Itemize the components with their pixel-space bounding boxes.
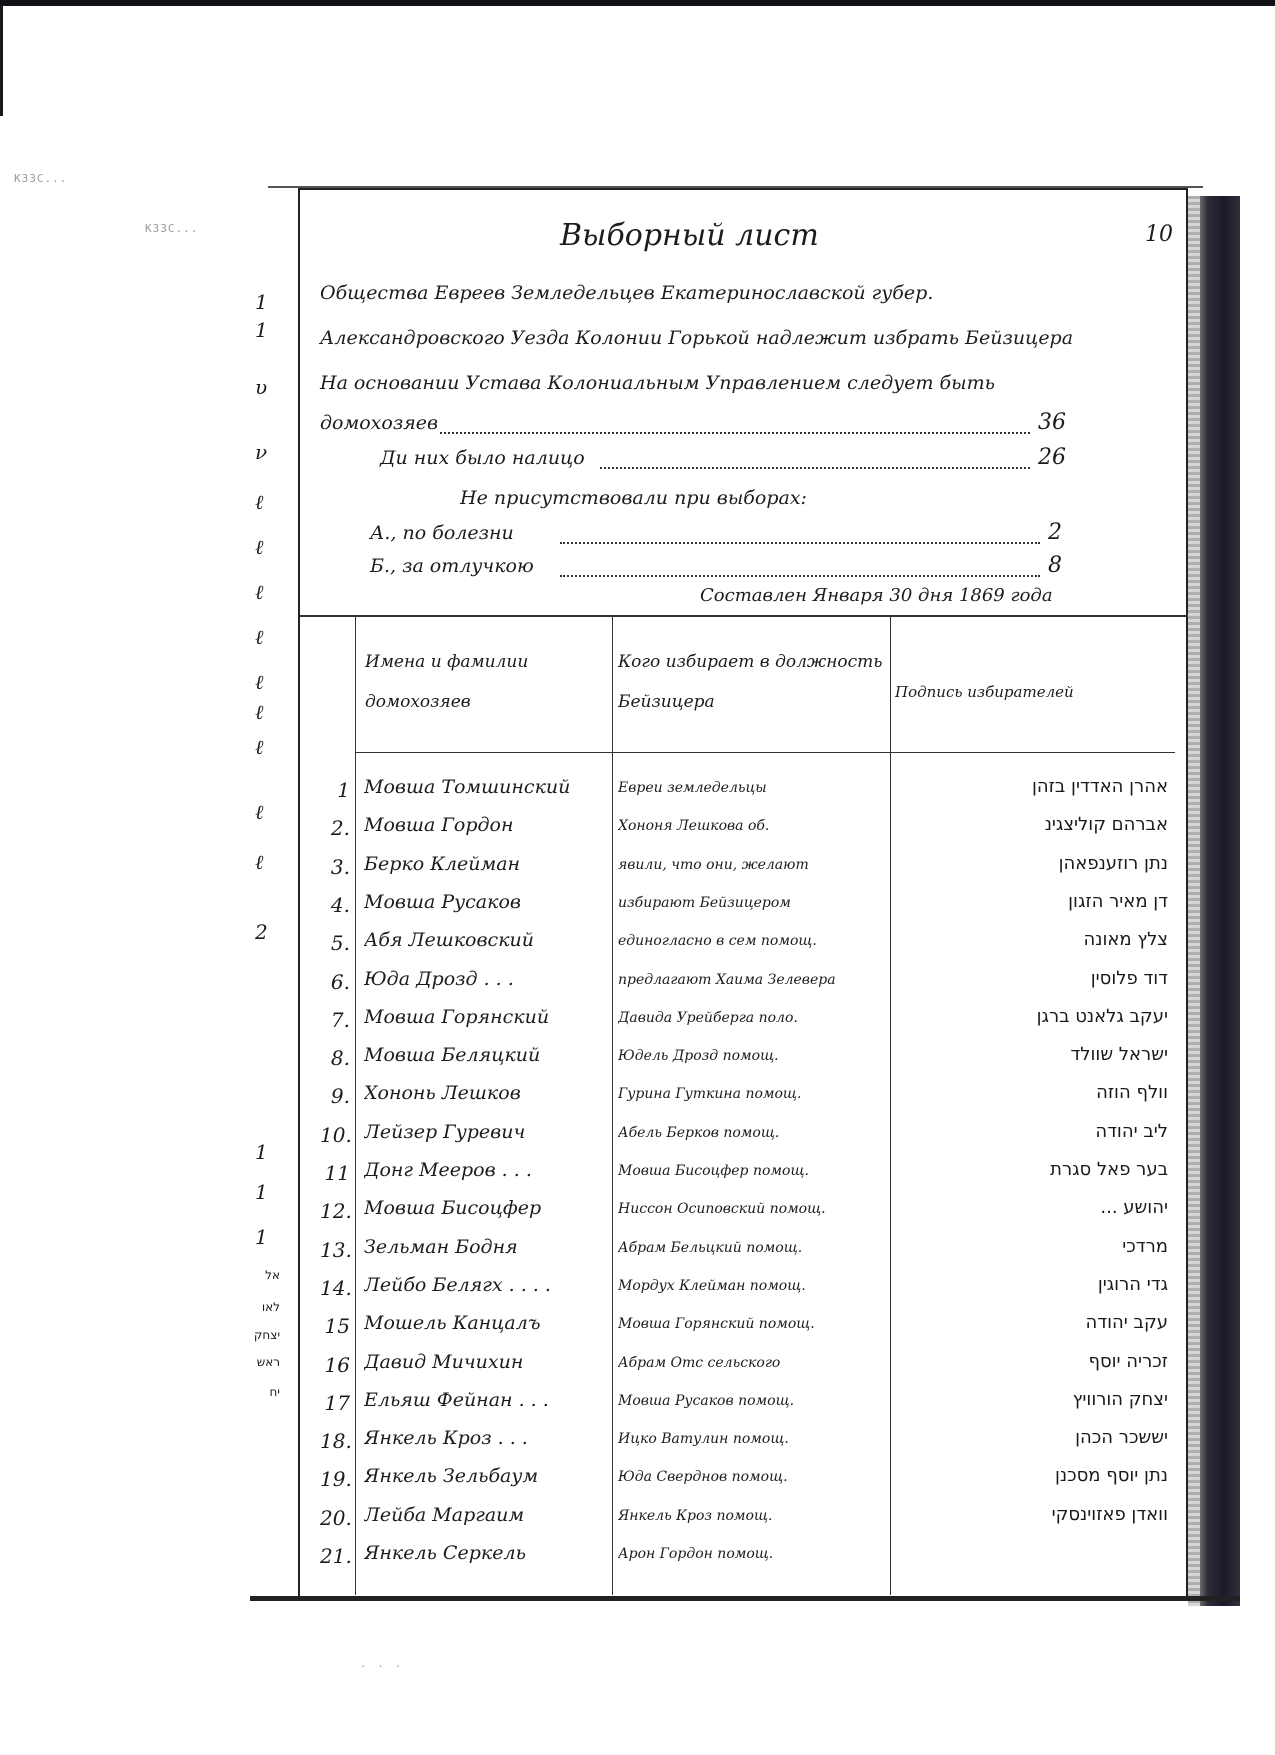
voter-signature: ישראל שוולד <box>898 1044 1168 1065</box>
table-header-rule <box>355 752 1175 753</box>
row-number: 20. <box>320 1506 350 1530</box>
elected-candidate: Мовша Бисоцфер помощ. <box>618 1163 898 1179</box>
voter-signature: אברהם קוליצגינ <box>898 814 1168 835</box>
voter-signature: יעקב גלאנט ברגן <box>898 1006 1168 1027</box>
table-row: 2.Мовша ГордонХононя Лешкова об.אברהם קו… <box>300 808 1190 848</box>
voter-signature: זכריה יוסף <box>898 1351 1168 1372</box>
table-row: 3.Берко Клейманявили, что они, желаютנתן… <box>300 847 1190 887</box>
elected-candidate: Евреи земледельцы <box>618 780 898 796</box>
table-row: 10.Лейзер ГуревичАбель Берков помощ.ליב … <box>300 1115 1190 1155</box>
table-row: 20.Лейба МаргаимЯнкель Кроз помощ.וואדן … <box>300 1498 1190 1538</box>
table-row: 15Мошель КанцалъМовша Горянский помощ.עק… <box>300 1306 1190 1346</box>
row-number: 5. <box>320 931 350 955</box>
row-number: 8. <box>320 1046 350 1070</box>
page-bottom-edge <box>250 1596 1240 1601</box>
table-row: 14.Лейбо Белягх . . . .Мордух Клейман по… <box>300 1268 1190 1308</box>
elected-candidate: Мордух Клейман помощ. <box>618 1278 898 1294</box>
voter-name: Юда Дрозд . . . <box>364 968 644 990</box>
margin-tally-mark: ℓ <box>255 490 285 515</box>
margin-tally-mark: ℓ <box>255 580 285 605</box>
margin-tally-mark: ν <box>255 440 285 464</box>
table-row: 18.Янкель Кроз . . .Ицко Ватулин помощ.י… <box>300 1421 1190 1461</box>
voter-name: Мошель Канцалъ <box>364 1312 644 1334</box>
margin-tally-mark: 1 <box>255 318 285 342</box>
voter-name: Лейбо Белягх . . . . <box>364 1274 644 1296</box>
voter-signature: ליב יהודה <box>898 1121 1168 1142</box>
scanner-mark: КЗЗС... <box>145 222 198 235</box>
elected-candidate: избирают Бейзицером <box>618 895 898 911</box>
voter-name: Ельяш Фейнан . . . <box>364 1389 644 1411</box>
table-row: 7.Мовша ГорянскийДавида Урейберга поло.י… <box>300 1000 1190 1040</box>
voter-name: Мовша Гордон <box>364 814 644 836</box>
voter-signature: דן מאיר הזגון <box>898 891 1168 912</box>
voter-signature: יששכר הכהן <box>898 1427 1168 1448</box>
row-number: 16 <box>320 1353 350 1377</box>
voter-signature: דוד פלוסין <box>898 968 1168 989</box>
elected-candidate: Мовша Русаков помощ. <box>618 1393 898 1409</box>
column-header-voter: Имена и фамилии домохозяев <box>365 642 605 722</box>
table-row: 6.Юда Дрозд . . .предлагают Хаима Зелеве… <box>300 962 1190 1002</box>
row-number: 6. <box>320 970 350 994</box>
table-row: 5.Абя Лешковскийединогласно в сем помощ.… <box>300 923 1190 963</box>
row-number: 19. <box>320 1467 350 1491</box>
dotted-leader <box>560 575 1040 577</box>
row-number: 11 <box>320 1161 350 1185</box>
absent-value: 2 <box>1048 520 1062 545</box>
voter-signature: וולף הוזה <box>898 1082 1168 1103</box>
count-value: 36 <box>1038 410 1066 435</box>
row-number: 1 <box>320 778 350 802</box>
elected-candidate: явили, что они, желают <box>618 857 898 873</box>
dotted-leader <box>440 432 1030 434</box>
voter-name: Лейба Маргаим <box>364 1504 644 1526</box>
book-binding <box>1200 196 1240 1606</box>
voter-name: Донг Мееров . . . <box>364 1159 644 1181</box>
elected-candidate: Абель Берков помощ. <box>618 1125 898 1141</box>
voter-signature: נתן רוזענפאהן <box>898 853 1168 874</box>
row-number: 15 <box>320 1314 350 1338</box>
row-number: 9. <box>320 1084 350 1108</box>
voter-signature: מרדכי <box>898 1236 1168 1257</box>
elected-candidate: Абрам Бельцкий помощ. <box>618 1240 898 1256</box>
voter-signature: יצחק הורוויץ <box>898 1389 1168 1410</box>
table-row: 13.Зельман БодняАбрам Бельцкий помощ.מרד… <box>300 1230 1190 1270</box>
elected-candidate: Гурина Гуткина помощ. <box>618 1086 898 1102</box>
voter-name: Хононь Лешков <box>364 1082 644 1104</box>
voter-name: Берко Клейман <box>364 853 644 875</box>
scanner-mark: КЗЗС... <box>14 172 67 185</box>
document-title: Выборный лист <box>560 218 819 253</box>
margin-note: יח <box>240 1385 280 1399</box>
voter-signature: עקב יהודה <box>898 1312 1168 1333</box>
voter-signature: צלץ מאונה <box>898 929 1168 950</box>
scan-top-edge <box>0 0 1275 6</box>
elected-candidate: Янкель Кроз помощ. <box>618 1508 898 1524</box>
voter-name: Мовша Томшинский <box>364 776 644 798</box>
voter-name: Мовша Беляцкий <box>364 1044 644 1066</box>
absent-label: Б., за отлучкою <box>370 555 534 577</box>
header-line: Общества Евреев Земледельцев Екатериносл… <box>320 282 933 304</box>
margin-tally-mark: 1 <box>255 1180 285 1204</box>
table-row: 21.Янкель СеркельАрон Гордон помощ. <box>300 1536 1190 1576</box>
count-label: Ди них было налицо <box>380 447 585 469</box>
margin-tally-mark: ℓ <box>255 535 285 560</box>
elected-candidate: Хононя Лешкова об. <box>618 818 898 834</box>
row-number: 4. <box>320 893 350 917</box>
absent-label: А., по болезни <box>370 522 514 544</box>
table-row: 1Мовша ТомшинскийЕвреи земледельцыאהרן ה… <box>300 770 1190 810</box>
elected-candidate: предлагают Хаима Зелевера <box>618 972 898 988</box>
margin-tally-mark: 1 <box>255 290 285 314</box>
row-number: 18. <box>320 1429 350 1453</box>
row-number: 7. <box>320 1008 350 1032</box>
row-number: 10. <box>320 1123 350 1147</box>
elected-candidate: Абрам Отс сельского <box>618 1355 898 1371</box>
row-number: 13. <box>320 1238 350 1262</box>
margin-tally-mark: ℓ <box>255 625 285 650</box>
row-number: 14. <box>320 1276 350 1300</box>
margin-note: ראש <box>240 1355 280 1369</box>
voter-name: Янкель Зельбаум <box>364 1465 644 1487</box>
absent-heading: Не присутствовали при выборах: <box>460 487 807 509</box>
voter-signature: נתן יוסף מסכנן <box>898 1465 1168 1486</box>
margin-note: אל <box>240 1268 280 1282</box>
voter-name: Мовша Горянский <box>364 1006 644 1028</box>
voter-name: Зельман Бодня <box>364 1236 644 1258</box>
margin-tally-mark: ℓ <box>255 670 285 695</box>
compiled-date: Составлен Января 30 дня 1869 года <box>700 585 1053 606</box>
elected-candidate: Арон Гордон помощ. <box>618 1546 898 1562</box>
table-row: 19.Янкель ЗельбаумЮда Сверднов помощ.נתן… <box>300 1459 1190 1499</box>
voter-signature: וואדן פאזוינסקי <box>898 1504 1168 1525</box>
elected-candidate: единогласно в сем помощ. <box>618 933 898 949</box>
margin-tally-mark: ℓ <box>255 700 285 725</box>
margin-tally-mark: υ <box>255 375 285 399</box>
elected-candidate: Ицко Ватулин помощ. <box>618 1431 898 1447</box>
margin-tally-mark: ℓ <box>255 735 285 760</box>
table-row: 8.Мовша БеляцкийЮдель Дрозд помощ.ישראל … <box>300 1038 1190 1078</box>
margin-tally-mark: ℓ <box>255 800 285 825</box>
absent-value: 8 <box>1048 553 1062 578</box>
voter-name: Янкель Кроз . . . <box>364 1427 644 1449</box>
dotted-leader <box>600 467 1030 469</box>
table-row: 16Давид МичихинАбрам Отс сельскогоזכריה … <box>300 1345 1190 1385</box>
row-number: 2. <box>320 816 350 840</box>
page-number: 10 <box>1145 222 1173 247</box>
count-value: 26 <box>1038 445 1066 470</box>
voter-signature: בער פאל סגרת <box>898 1159 1168 1180</box>
row-number: 12. <box>320 1199 350 1223</box>
table-row: 17Ельяш Фейнан . . .Мовша Русаков помощ.… <box>300 1383 1190 1423</box>
elected-candidate: Юда Сверднов помощ. <box>618 1469 898 1485</box>
voter-signature: יהושע ... <box>898 1197 1168 1218</box>
row-number: 3. <box>320 855 350 879</box>
margin-tally-mark: ℓ <box>255 850 285 875</box>
voter-signature: אהרן האדדין בזהן <box>898 776 1168 797</box>
header-line: На основании Устава Колониальным Управле… <box>320 372 995 394</box>
table-row: 12.Мовша БисоцферНиссон Осиповский помощ… <box>300 1191 1190 1231</box>
elected-candidate: Давида Урейберга поло. <box>618 1010 898 1026</box>
margin-tally-mark: 1 <box>255 1140 285 1164</box>
elected-candidate: Мовша Горянский помощ. <box>618 1316 898 1332</box>
voter-name: Лейзер Гуревич <box>364 1121 644 1143</box>
dotted-leader <box>560 542 1040 544</box>
margin-note: יצחק <box>240 1328 280 1342</box>
voter-signature: גדי הרוגין <box>898 1274 1168 1295</box>
table-row: 9.Хононь ЛешковГурина Гуткина помощ.וולף… <box>300 1076 1190 1116</box>
elected-candidate: Юдель Дрозд помощ. <box>618 1048 898 1064</box>
voter-name: Давид Мичихин <box>364 1351 644 1373</box>
header-line: Александровского Уезда Колонии Горькой н… <box>320 327 1073 349</box>
margin-note: לאו <box>240 1300 280 1314</box>
row-number: 21. <box>320 1544 350 1568</box>
elected-candidate: Ниссон Осиповский помощ. <box>618 1201 898 1217</box>
table-top-rule <box>300 615 1188 617</box>
voter-name: Мовша Бисоцфер <box>364 1197 644 1219</box>
voter-name: Янкель Серкель <box>364 1542 644 1564</box>
margin-tally-mark: 1 <box>255 1225 285 1249</box>
table-row: 11Донг Мееров . . .Мовша Бисоцфер помощ.… <box>300 1153 1190 1193</box>
voter-name: Абя Лешковский <box>364 929 644 951</box>
column-header-signature: Подпись избирателей <box>895 672 1175 712</box>
scan-noise: · · · <box>360 1660 403 1673</box>
row-number: 17 <box>320 1391 350 1415</box>
margin-tally-mark: 2 <box>255 920 285 944</box>
column-header-elects: Кого избирает в должность Бейзицера <box>618 642 883 722</box>
voter-name: Мовша Русаков <box>364 891 644 913</box>
count-label: домохозяев <box>320 412 438 434</box>
scan-left-edge <box>0 6 3 116</box>
table-row: 4.Мовша Русаковизбирают Бейзицеромדן מאי… <box>300 885 1190 925</box>
